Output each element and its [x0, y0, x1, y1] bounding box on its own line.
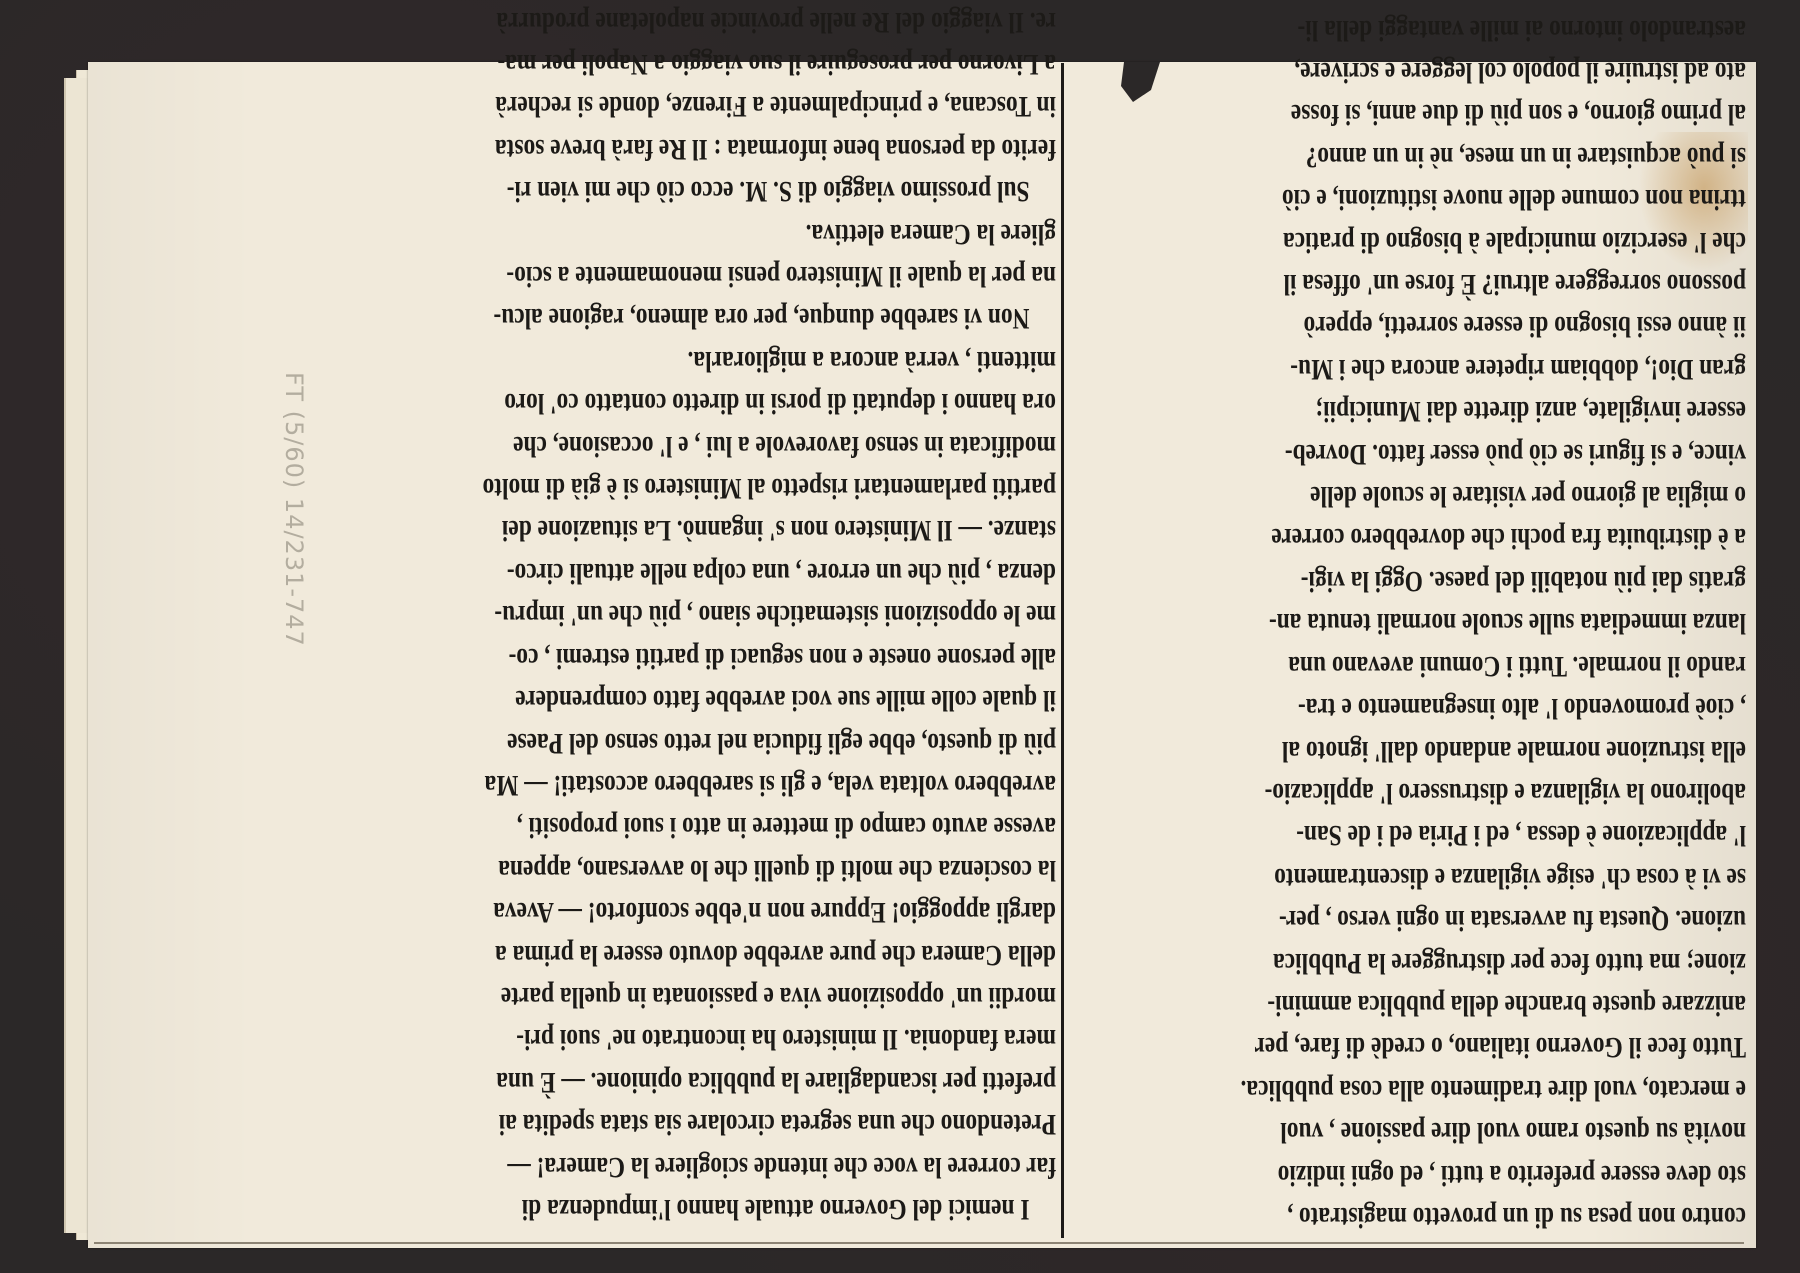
text-line: gran Dio!, dobbiam ripetere ancora che i…	[1091, 347, 1746, 389]
text-line: se vi à cosa ch' esige vigilanza e disce…	[1091, 856, 1746, 898]
text-line: avesse avuto campo di mettere in atto i …	[346, 806, 1056, 848]
text-line: la coscienza che molti di quelli che lo …	[346, 848, 1056, 890]
column-divider	[1061, 63, 1064, 1238]
text-line: che l' esercizio municipale à bisogno di…	[1091, 220, 1746, 262]
text-line: gliere la Camera elettiva.	[346, 212, 1056, 254]
text-line: prefetti per iscandagliare la pubblica o…	[346, 1060, 1056, 1102]
text-line: dargli appoggio! Eppure non n'ebbe sconf…	[346, 891, 1056, 933]
text-line: o miglia al giorno per visitare le scuol…	[1091, 475, 1746, 517]
text-column-first: contro non pesa su di un provetto magist…	[1091, 0, 1746, 1238]
text-line: al primo giorno, e son più di due anni, …	[1091, 93, 1746, 135]
pencil-annotation: FT (5/60) 14/231-747	[272, 372, 308, 692]
text-line: aestrandolo intorno ai mille vantaggi de…	[1091, 8, 1746, 50]
text-line: , cioè promovendo l' alto insegnamento e…	[1091, 687, 1746, 729]
text-line: re. Il viaggio del Re nelle provincie na…	[346, 0, 1056, 42]
text-line: ii ànno essi bisogno di essere sorretti,…	[1091, 305, 1746, 347]
text-line: possono sorreggere altrui? È forse un' o…	[1091, 263, 1746, 305]
text-line: più di questo, ebbe egli fiducia nel ret…	[346, 721, 1056, 763]
text-line: mera fandonia. Il ministero ha incontrat…	[346, 1018, 1056, 1060]
text-line: gratis dai più notabili del paese. Oggi …	[1091, 560, 1746, 602]
text-line: della Camera che pure avrebbe dovuto ess…	[346, 933, 1056, 975]
top-rule	[94, 1242, 1744, 1244]
text-line: alle persone oneste e non seguaci di par…	[346, 636, 1056, 678]
text-line: I nemici del Governo attuale hanno l'imp…	[346, 1188, 1056, 1230]
text-line: ttrina non comune delle nuove istituzion…	[1091, 178, 1746, 220]
text-line: ferito da persona bene informata : Il Re…	[346, 127, 1056, 169]
text-column-second: I nemici del Governo attuale hanno l'imp…	[346, 0, 1056, 1230]
text-line: Sul prossimo viaggio di S. M. ecco ciò c…	[346, 170, 1056, 212]
text-line: e mercato, vuol dire tradimento alla cos…	[1091, 1068, 1746, 1110]
text-line: ella istruzione normale andando dall' ig…	[1091, 729, 1746, 771]
text-line: stanze. — Il Ministero non s' ingannò. L…	[346, 509, 1056, 551]
text-line: lanza immediata sulle scuole normali ten…	[1091, 602, 1746, 644]
text-line: na per la quale il Ministero pensi menom…	[346, 255, 1056, 297]
text-line: mordii un' opposizione viva e passionata…	[346, 976, 1056, 1018]
text-line: l' applicazione è dessa , ed i Piria ed …	[1091, 814, 1746, 856]
text-line: uzione. Questa fu avversata in ogni vers…	[1091, 899, 1746, 941]
text-line: a Livorno per proseguire il suo viaggio …	[346, 43, 1056, 85]
text-line: denza , più che un errore , una colpa ne…	[346, 552, 1056, 594]
text-line: in Toscana, e principalmente a Firenze, …	[346, 85, 1056, 127]
text-line: mittenti , verrà ancora a migliorarla.	[346, 339, 1056, 381]
text-line: essere invigilate, anzi dirette dai Muni…	[1091, 390, 1746, 432]
text-line: a è distribuita fra pochi che dovrebbero…	[1091, 517, 1746, 559]
text-line: anizzare queste branche della pubblica a…	[1091, 984, 1746, 1026]
text-line: modificata in senso favorevole a lui , e…	[346, 424, 1056, 466]
text-line: Pretendono che una segreta circolare sia…	[346, 1103, 1056, 1145]
text-line: Tutto fece il Governo italiano, o credè …	[1091, 1026, 1746, 1068]
text-line: avrebbero voltata vela, e gli si sarebbe…	[346, 764, 1056, 806]
text-line: si può acquistare in un mese, nè in un a…	[1091, 135, 1746, 177]
text-line: partiti parlamentari rispetto al Ministe…	[346, 467, 1056, 509]
text-line: rando il normale. Tutti i Comuni avevano…	[1091, 644, 1746, 686]
text-line: il quale colle mille sue voci avrebbe fa…	[346, 679, 1056, 721]
text-line: sto deve essere preferito a tutti , ed o…	[1091, 1153, 1746, 1195]
text-line: ato ad istruire il popolo col leggere e …	[1091, 51, 1746, 93]
text-line: contro non pesa su di un provetto magist…	[1091, 1196, 1746, 1238]
text-line: abolirono la vigilanza e distrussero l' …	[1091, 772, 1746, 814]
text-line: novità su questo ramo vuol dire passione…	[1091, 1111, 1746, 1153]
text-line: vince, e si figuri se ciò può esser fatt…	[1091, 432, 1746, 474]
text-line: Non vi sarebbe dunque, per ora almeno, r…	[346, 297, 1056, 339]
printed-page-rotated: contro non pesa su di un provetto magist…	[88, 62, 1756, 1248]
text-line: me le opposizioni sistematiche siano , p…	[346, 594, 1056, 636]
text-line: ora hanno i deputati di porsi in diretto…	[346, 382, 1056, 424]
text-line: far correre la voce che intende scioglie…	[346, 1145, 1056, 1187]
text-line: zione; ma tutto fece per distruggere la …	[1091, 941, 1746, 983]
text-line: , esso non sarebbe tuttodì traviato da' …	[1091, 0, 1746, 8]
